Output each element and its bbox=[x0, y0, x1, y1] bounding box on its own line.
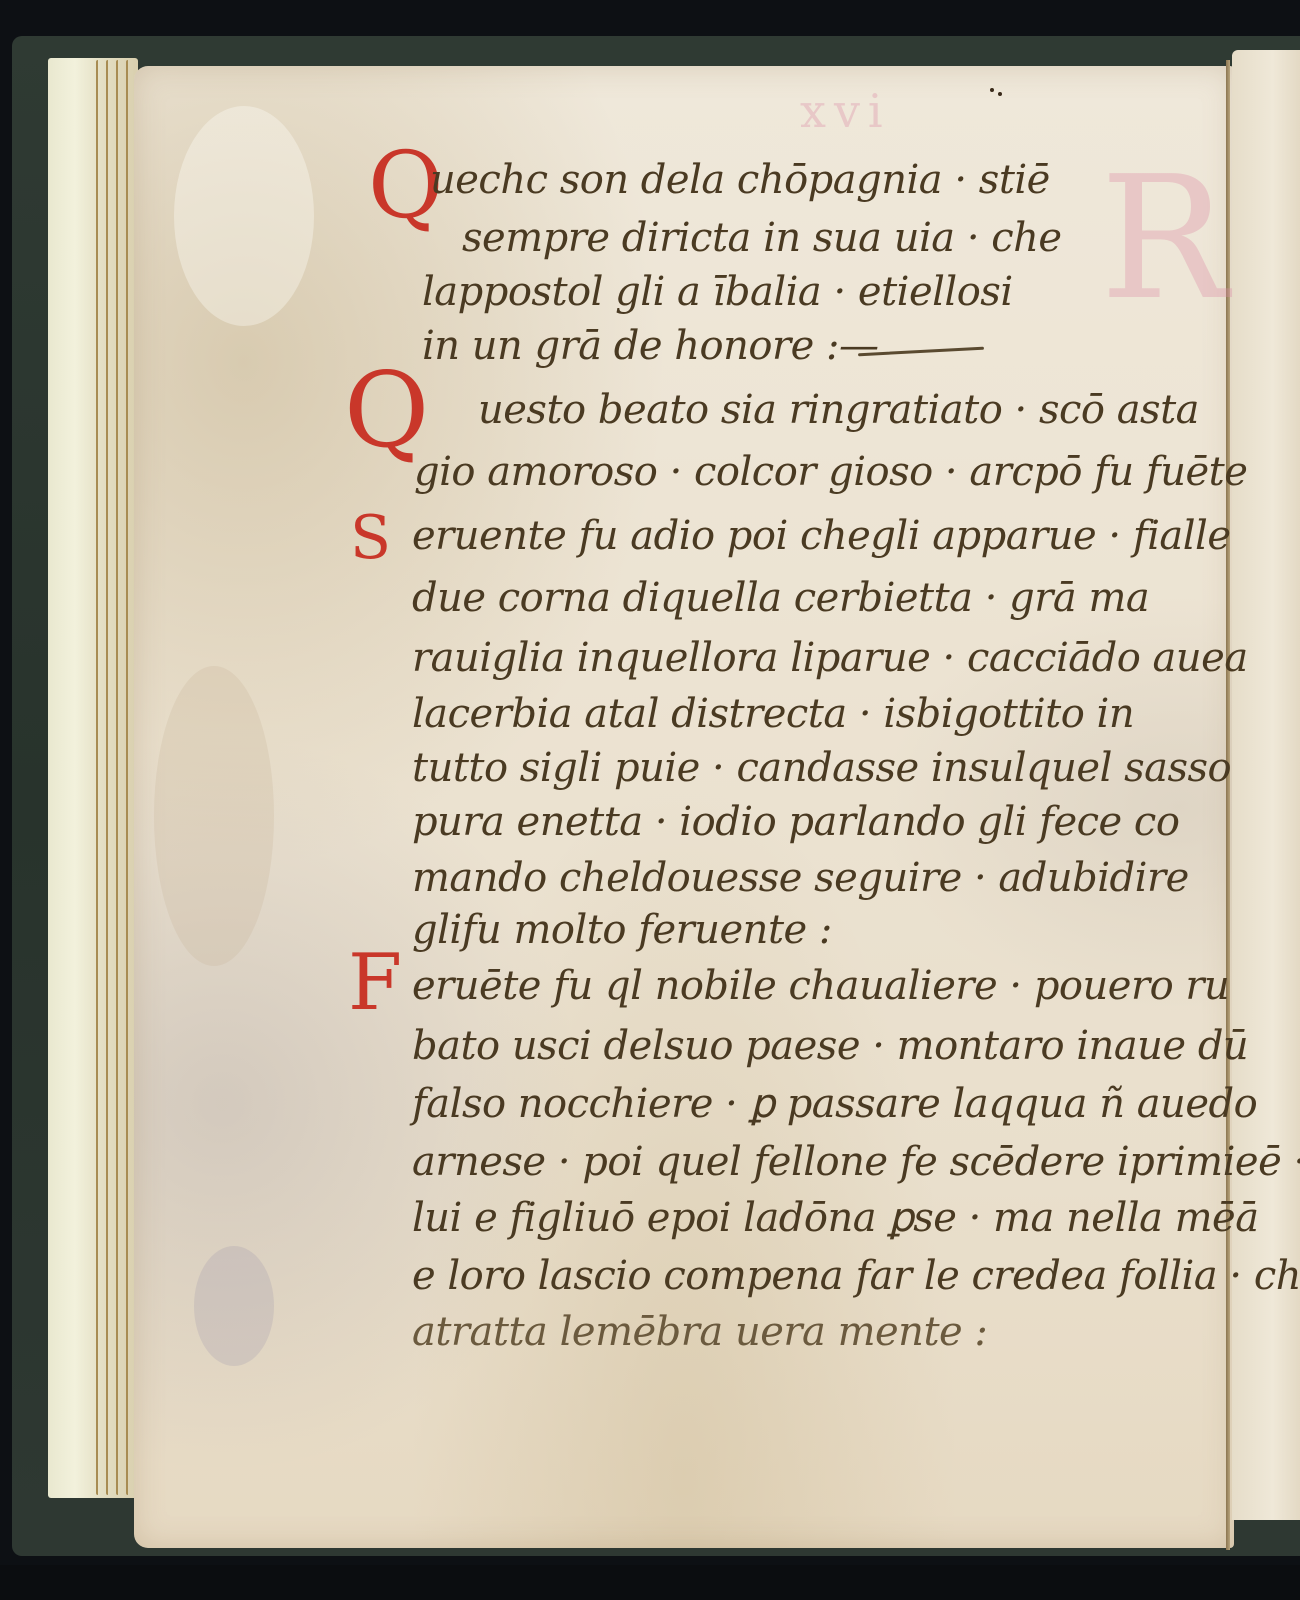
text-line: tutto sigli puie · candasse insulquel sa… bbox=[412, 748, 1231, 788]
text-line: lacerbia atal distrecta · isbigottito in bbox=[412, 694, 1134, 734]
text-line: eruēte fu ql nobile chaualiere · pouero … bbox=[412, 966, 1229, 1006]
text-line: mando cheldouesse seguire · adubidire bbox=[412, 858, 1189, 898]
text-line: pura enetta · iodio parlando gli fece co bbox=[412, 802, 1179, 842]
text-line: rauiglia inquellora liparue · cacciādo a… bbox=[412, 638, 1248, 678]
manuscript-text: Q uechc son dela chōpagnia · stiē sempre… bbox=[0, 0, 1300, 1600]
text-line: gio amoroso · colcor gioso · arcpō fu fu… bbox=[414, 452, 1247, 492]
text-line: atratta lemēbra uera mente : bbox=[412, 1312, 987, 1352]
text-line: glifu molto feruente : bbox=[412, 910, 832, 950]
rubricated-initial-q: Q bbox=[344, 358, 429, 462]
rubricated-initial-f: F bbox=[348, 944, 402, 1022]
rubricated-initial-s: S bbox=[350, 508, 391, 568]
text-line: uechc son dela chōpagnia · stiē bbox=[430, 160, 1050, 200]
text-line: in un grā de honore :— bbox=[422, 326, 878, 366]
text-line: eruente fu adio poi chegli apparue · fia… bbox=[412, 516, 1231, 556]
text-line: e loro lascio compena far le credea foll… bbox=[412, 1256, 1300, 1296]
text-line: lui e figliuō epoi ladōna ꝑse · ma nella… bbox=[412, 1198, 1259, 1238]
text-line: due corna diquella cerbietta · grā ma bbox=[412, 578, 1149, 618]
text-line: sempre diricta in sua uia · che bbox=[462, 218, 1062, 258]
text-line: lappostol gli a ībalia · etiellosi bbox=[422, 272, 1013, 312]
text-line: arnese · poi quel fellone fe scēdere ipr… bbox=[412, 1142, 1300, 1182]
text-line: bato usci delsuo paese · montaro inaue d… bbox=[412, 1026, 1248, 1066]
text-line: falso nocchiere · ꝑ passare laqqua ñ aue… bbox=[412, 1084, 1257, 1124]
text-line: uesto beato sia ringratiato · scō asta bbox=[478, 390, 1199, 430]
